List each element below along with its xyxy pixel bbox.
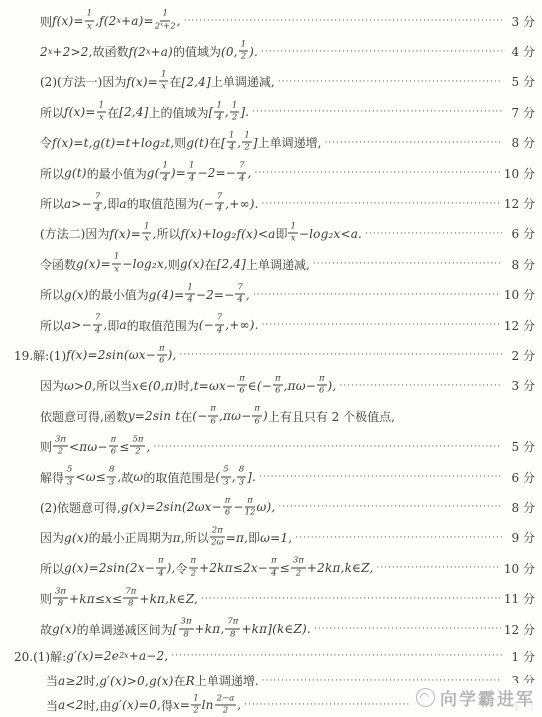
cjk-text: 的取值范围为 bbox=[127, 195, 199, 212]
math-text: ∈(− bbox=[248, 379, 272, 393]
fraction-denominator: x bbox=[291, 234, 296, 244]
fraction-numerator: π bbox=[252, 405, 262, 416]
fraction: 12 bbox=[230, 101, 239, 123]
fraction: π6 bbox=[157, 344, 167, 366]
fraction: 1x bbox=[97, 101, 106, 123]
line-content: 解得53<ω≤83,故 ω 的取值范围是(53,83]. bbox=[40, 466, 256, 488]
math-text: [ bbox=[209, 105, 214, 119]
math-text: f(x)=t,g(t)=t+log₂t, bbox=[52, 136, 174, 150]
solution-line: (方法二)因为 f(x)=1x,所以 f(x)+log₂f(x)<a 即1x−l… bbox=[0, 219, 535, 249]
score-label: 10 分 bbox=[504, 286, 535, 303]
math-text: a≥2 bbox=[58, 674, 83, 688]
math-text: −log₂x, bbox=[122, 257, 168, 271]
fraction: 1x bbox=[85, 10, 94, 32]
fraction: 83 bbox=[237, 466, 246, 488]
solution-line: 解得53<ω≤83,故 ω 的取值范围是(53,83].············… bbox=[0, 462, 535, 492]
math-text: f(x)=2sin(ωx− bbox=[66, 348, 156, 362]
fraction-denominator: 2 bbox=[58, 447, 63, 457]
cjk-text: 所以 bbox=[185, 529, 209, 546]
solution-line: 所以 a>−74,即 a 的取值范围为(−74,+∞).············… bbox=[0, 188, 535, 218]
dot-leader: ········································… bbox=[184, 16, 502, 26]
fraction-denominator: 4 bbox=[187, 295, 192, 305]
math-text: g(t) bbox=[186, 136, 209, 150]
fraction-numerator: 1 bbox=[160, 10, 169, 21]
math-text: (0, bbox=[221, 45, 238, 59]
math-text: ≤ bbox=[119, 440, 129, 454]
fraction-numerator: 1 bbox=[230, 101, 239, 112]
fraction-denominator: 2ω bbox=[211, 538, 223, 548]
solution-line: 故 g(x)的单调递减区间为[3π8+kπ,7π8+kπ](k∈Z).·····… bbox=[0, 614, 535, 644]
fraction-numerator: 1 bbox=[159, 71, 168, 82]
cjk-text: 上单调递增, bbox=[258, 134, 322, 151]
math-text: a<2 bbox=[58, 698, 83, 712]
fraction-numerator: 1 bbox=[191, 694, 200, 705]
cjk-text: 时, bbox=[178, 377, 194, 394]
fraction-denominator: 2 bbox=[193, 705, 198, 715]
cjk-text: 故函数 bbox=[93, 43, 129, 60]
cjk-text: (2)依题意可得, bbox=[40, 499, 121, 516]
cjk-text: 上单调递减, bbox=[246, 256, 310, 273]
score-label: 6 分 bbox=[505, 469, 535, 486]
fraction: 14 bbox=[214, 101, 223, 123]
fraction: 3π8 bbox=[53, 587, 68, 609]
math-text: g′(x)=0, bbox=[111, 698, 161, 712]
line-content: 令 f(x)=t,g(t)=t+log₂t,则 g(t)在[14,12]上单调递… bbox=[40, 132, 321, 154]
math-text: a>− bbox=[64, 318, 92, 332]
solution-line: 所以 g(x)的最小值为 g(4)=14−2=−74,·············… bbox=[0, 280, 535, 310]
math-text: ω=1, bbox=[260, 531, 292, 545]
line-content: 20.(1)解:g′(x)=2e2x+a−2, bbox=[14, 648, 168, 665]
fraction-numerator: 1 bbox=[185, 283, 194, 294]
math-text: g(x) bbox=[64, 288, 89, 302]
score-label: 3 分 bbox=[505, 13, 535, 30]
math-text: ,+∞). bbox=[225, 197, 258, 211]
fraction-denominator: 3 bbox=[239, 477, 244, 487]
math-text: g( bbox=[147, 166, 160, 180]
math-text: a>− bbox=[64, 197, 92, 211]
fraction: π6 bbox=[252, 405, 262, 427]
line-content: 所以 a>−74,即 a 的取值范围为(−74,+∞). bbox=[40, 314, 259, 336]
math-text: +a)= bbox=[121, 14, 154, 28]
fraction: 74 bbox=[237, 162, 246, 184]
fraction-numerator: 1 bbox=[288, 223, 297, 234]
math-text: f(x)+log₂f(x)<a bbox=[180, 227, 275, 241]
cjk-text: (方法二)因为 bbox=[40, 225, 109, 242]
math-text: y=2sin t bbox=[128, 409, 180, 423]
fraction-denominator: 4 bbox=[229, 143, 234, 153]
solution-line: 所以 g(x)=2sin(2x−π4),令π2+2kπ≤2x−π4≤3π2+2k… bbox=[0, 553, 535, 583]
fraction-numerator: 1 bbox=[227, 131, 236, 142]
math-text: g(x)=2sin(2x− bbox=[64, 561, 155, 575]
line-content: 则3π2<πω−π6≤5π2, bbox=[40, 436, 150, 458]
math-text: ), bbox=[167, 561, 176, 575]
math-text: ), bbox=[168, 348, 177, 362]
math-text: +kπ](k∈Z). bbox=[241, 622, 311, 636]
math-text: +kπ≤x≤ bbox=[69, 592, 122, 606]
dot-leader: ········································… bbox=[171, 651, 502, 661]
solutions-document: 则 f(x)=1x,f(2x+a)=12ˣ+2,················… bbox=[0, 0, 542, 717]
cjk-text: 上单调递减, bbox=[211, 73, 275, 90]
line-content: 所以 a>−74,即 a 的取值范围为(−74,+∞). bbox=[40, 193, 259, 215]
fraction: 74 bbox=[93, 192, 102, 214]
math-text: − bbox=[233, 500, 243, 514]
math-text: −log₂x<a. bbox=[299, 227, 362, 241]
fraction: 2π2ω bbox=[210, 526, 225, 548]
dot-leader: ········································… bbox=[278, 502, 502, 512]
math-text: [2,4] bbox=[217, 257, 246, 271]
cjk-text: 令 bbox=[175, 560, 187, 577]
fraction: 53 bbox=[65, 466, 74, 488]
fraction-numerator: 1 bbox=[242, 131, 251, 142]
math-text: +2>2, bbox=[52, 45, 92, 59]
solution-line: 依题意可得,函数 y=2sin t 在(−π6,πω−π6)上有且只有 2 个极… bbox=[0, 401, 535, 431]
math-text: +kπ, bbox=[195, 622, 225, 636]
solution-line: 令函数 g(x)=1x−log₂x,则 g(x)在[2,4]上单调递减,····… bbox=[0, 249, 535, 279]
cjk-text: 则 bbox=[40, 438, 52, 455]
score-label: 8 分 bbox=[505, 499, 535, 516]
cjk-text: 所以当 bbox=[96, 377, 132, 394]
score-label: 12 分 bbox=[504, 621, 535, 638]
math-text: 2 bbox=[40, 45, 48, 59]
fraction-numerator: 1 bbox=[214, 101, 223, 112]
cjk-text: (2)(方法一)因为 bbox=[40, 73, 126, 90]
fraction-denominator: 6 bbox=[254, 416, 259, 426]
solution-line: 所以 a>−74,即 a 的取值范围为(−74,+∞).············… bbox=[0, 310, 535, 340]
line-content: 2x+2>2,故函数 f(2x+a)的值域为(0,12). bbox=[40, 41, 258, 63]
dot-leader: ········································… bbox=[252, 107, 502, 117]
cjk-text: 的值域为 bbox=[173, 43, 221, 60]
dot-leader: ········································… bbox=[365, 229, 502, 239]
cjk-text: 即 bbox=[107, 195, 119, 212]
fraction: 53 bbox=[221, 466, 230, 488]
cjk-text: 的取值范围是 bbox=[143, 469, 215, 486]
fraction-denominator: 8 bbox=[183, 629, 188, 639]
cjk-text: 在 bbox=[180, 408, 192, 425]
fraction-numerator: 7 bbox=[215, 314, 224, 325]
fraction-numerator: π bbox=[269, 557, 279, 568]
math-text: , bbox=[237, 136, 241, 150]
fraction-denominator: 4 bbox=[237, 295, 242, 305]
fraction-numerator: 1 bbox=[142, 223, 151, 234]
fraction-numerator: 1 bbox=[187, 162, 196, 173]
line-content: 所以 g(t)的最小值为 g(14)=14−2=−74, bbox=[40, 162, 252, 184]
dot-leader: ········································… bbox=[261, 47, 502, 57]
watermark-logo-icon bbox=[416, 688, 435, 707]
math-text: f(x)= bbox=[64, 105, 96, 119]
math-text: , bbox=[177, 14, 181, 28]
math-text: g(4)= bbox=[149, 288, 185, 302]
math-text: g(x) bbox=[52, 622, 77, 636]
math-text: (− bbox=[192, 409, 207, 423]
math-text: +2kπ≤2x− bbox=[199, 561, 268, 575]
dot-leader: ········································… bbox=[255, 168, 501, 178]
line-content: 则 f(x)=1x,f(2x+a)=12ˣ+2, bbox=[40, 10, 181, 32]
cjk-text: 在 bbox=[174, 672, 186, 689]
line-content: 当 a<2 时,由 g′(x)=0,得 x=12ln 2−a2, bbox=[46, 695, 241, 717]
cjk-text: 的最小值为 bbox=[87, 165, 147, 182]
math-text: <ω≤ bbox=[75, 470, 106, 484]
fraction: 1x bbox=[288, 223, 297, 245]
fraction: π6 bbox=[109, 435, 119, 457]
line-content: 所以 g(x)的最小值为 g(4)=14−2=−74, bbox=[40, 284, 250, 306]
cjk-text: 则 bbox=[40, 13, 52, 30]
math-text: g(x) bbox=[64, 531, 89, 545]
fraction: π6 bbox=[317, 375, 327, 397]
line-content: 19.解:(1)f(x)=2sin(ωx−π6), bbox=[14, 345, 177, 367]
math-text: g′(x)=2e bbox=[66, 649, 119, 663]
math-text: g(t) bbox=[64, 166, 87, 180]
fraction: π4 bbox=[269, 557, 279, 579]
math-text: , bbox=[237, 698, 241, 712]
math-text: [2,4] bbox=[181, 75, 210, 89]
math-text: , bbox=[246, 288, 250, 302]
fraction-denominator: 6 bbox=[111, 447, 116, 457]
dot-leader: ········································… bbox=[153, 442, 502, 452]
dot-leader: ········································… bbox=[278, 77, 502, 87]
fraction: 14 bbox=[160, 162, 169, 184]
solution-line: (2)(方法一)因为 f(x)=1x在[2,4]上单调递减,··········… bbox=[0, 67, 535, 97]
fraction-denominator: x bbox=[114, 264, 119, 274]
cjk-text: 当 bbox=[46, 672, 58, 689]
math-text: , bbox=[146, 440, 150, 454]
score-label: 7 分 bbox=[505, 104, 535, 121]
line-content: 当 a≥2 时,g′(x)>0,g(x)在 R 上单调递增. bbox=[46, 672, 259, 689]
cjk-text: 即 bbox=[275, 225, 287, 242]
fraction-denominator: 3 bbox=[109, 477, 114, 487]
solution-line: 20.(1)解:g′(x)=2e2x+a−2,·················… bbox=[0, 644, 535, 669]
math-text: ,f(2 bbox=[95, 14, 116, 28]
fraction-denominator: 4 bbox=[189, 173, 194, 183]
fraction: π6 bbox=[273, 375, 283, 397]
math-text: a bbox=[119, 197, 126, 211]
solution-line: 则 f(x)=1x,f(2x+a)=12ˣ+2,················… bbox=[0, 6, 535, 36]
cjk-text: 所以 bbox=[40, 195, 64, 212]
score-label: 2 分 bbox=[505, 347, 535, 364]
math-text: (− bbox=[199, 318, 214, 332]
fraction-numerator: 1 bbox=[97, 101, 106, 112]
fraction-numerator: π bbox=[245, 496, 255, 507]
fraction: 12 bbox=[242, 131, 251, 153]
fraction-numerator: π bbox=[273, 375, 283, 386]
math-text: [ bbox=[221, 136, 226, 150]
dot-leader: ········································… bbox=[259, 472, 502, 482]
cjk-text: 即 bbox=[248, 529, 260, 546]
cjk-text: 在 bbox=[209, 134, 221, 151]
math-text: +kπ,k∈Z, bbox=[139, 592, 198, 606]
cjk-text: 当 bbox=[46, 697, 58, 714]
score-label: 8 分 bbox=[505, 256, 535, 273]
watermark-text: 向学霸进军 bbox=[440, 685, 535, 710]
fraction: 12 bbox=[191, 694, 200, 716]
math-text: ,πω− bbox=[284, 379, 316, 393]
fraction-denominator: 8 bbox=[230, 629, 235, 639]
fraction: 3π8 bbox=[179, 618, 194, 640]
fraction-denominator: 4 bbox=[162, 173, 167, 183]
dot-leader: ········································… bbox=[339, 381, 502, 391]
dot-leader: ········································… bbox=[295, 533, 502, 543]
math-text: t=ωx− bbox=[194, 379, 236, 393]
score-label: 8 分 bbox=[505, 134, 535, 151]
math-text: f(x)= bbox=[126, 75, 158, 89]
fraction: 74 bbox=[215, 192, 224, 214]
solution-line: 2x+2>2,故函数 f(2x+a)的值域为(0,12).···········… bbox=[0, 36, 535, 66]
math-text: g(x) bbox=[180, 257, 205, 271]
fraction-denominator: 2 bbox=[135, 447, 140, 457]
cjk-text: 上的值域为 bbox=[149, 104, 209, 121]
fraction-numerator: π bbox=[157, 344, 167, 355]
fraction-denominator: 3 bbox=[223, 477, 228, 487]
fraction-denominator: 2 bbox=[223, 705, 228, 715]
math-text: ≤ bbox=[280, 561, 290, 575]
fraction-denominator: 2 bbox=[191, 568, 196, 578]
math-text: f(2 bbox=[129, 45, 146, 59]
cjk-text: 解得 bbox=[40, 469, 64, 486]
cjk-text: 因为 bbox=[40, 529, 64, 546]
math-text: ( bbox=[215, 470, 220, 484]
fraction-denominator: 6 bbox=[225, 507, 230, 517]
dot-leader: ········································… bbox=[262, 320, 501, 330]
cjk-text: 得 bbox=[161, 697, 173, 714]
cjk-text: 上单调递增. bbox=[195, 672, 259, 689]
fraction-denominator: 2 bbox=[244, 143, 249, 153]
fraction: 12ˣ+2 bbox=[155, 10, 176, 32]
cjk-text: 上有且只有 2 个极值点, bbox=[268, 408, 395, 425]
fraction: 74 bbox=[235, 283, 244, 305]
score-label: 1 分 bbox=[505, 648, 535, 665]
fraction-denominator: 4 bbox=[271, 568, 276, 578]
fraction-denominator: 6 bbox=[239, 386, 244, 396]
fraction-denominator: 4 bbox=[158, 568, 163, 578]
solution-line: 所以 f(x)=1x在[2,4]上的值域为[14,12].···········… bbox=[0, 97, 535, 127]
fraction-denominator: 6 bbox=[275, 386, 280, 396]
fraction-numerator: π bbox=[189, 557, 199, 568]
math-text: [ bbox=[173, 622, 178, 636]
math-text: ). bbox=[249, 45, 258, 59]
math-text: x∈(0,π) bbox=[132, 379, 178, 393]
cjk-text: 的取值范围为 bbox=[127, 317, 199, 334]
score-label: 9 分 bbox=[505, 529, 535, 546]
cjk-text: 所以 bbox=[40, 317, 64, 334]
fraction: 74 bbox=[93, 314, 102, 336]
fraction-denominator: 8 bbox=[58, 599, 63, 609]
cjk-text: 在 bbox=[205, 256, 217, 273]
cjk-text: 故 bbox=[121, 469, 133, 486]
fraction-numerator: π bbox=[237, 375, 247, 386]
cjk-text: 故 bbox=[40, 621, 52, 638]
fraction-denominator: 8 bbox=[128, 599, 133, 609]
math-text: ]. bbox=[247, 470, 256, 484]
fraction-numerator: 8 bbox=[237, 466, 246, 477]
line-content: 因为 ω>0,所以当 x∈(0,π)时,t=ωx−π6∈(−π6,πω−π6), bbox=[40, 375, 336, 397]
fraction: 83 bbox=[107, 466, 116, 488]
fraction-numerator: π bbox=[317, 375, 327, 386]
math-text: f(x)= bbox=[52, 14, 84, 28]
fraction-denominator: 6 bbox=[211, 416, 216, 426]
fraction: π4 bbox=[156, 557, 166, 579]
dot-leader: ········································… bbox=[180, 350, 502, 360]
math-text: +a−2, bbox=[129, 649, 169, 663]
line-content: 令函数 g(x)=1x−log₂x,则 g(x)在[2,4]上单调递减, bbox=[40, 253, 310, 275]
line-content: 依题意可得,函数 y=2sin t 在(−π6,πω−π6)上有且只有 2 个极… bbox=[40, 405, 395, 427]
solution-line: 因为 ω>0,所以当 x∈(0,π)时,t=ωx−π6∈(−π6,πω−π6),… bbox=[0, 371, 535, 401]
fraction-numerator: 8 bbox=[107, 466, 116, 477]
solution-line: 因为 g(x)的最小正周期为 π,所以2π2ω=π,即 ω=1,········… bbox=[0, 523, 535, 553]
fraction-denominator: 2ˣ+2 bbox=[155, 21, 176, 31]
fraction-denominator: 2 bbox=[296, 568, 301, 578]
fraction-numerator: 5 bbox=[65, 466, 74, 477]
score-label: 5 分 bbox=[505, 73, 535, 90]
math-text: [2,4] bbox=[119, 105, 148, 119]
math-text: π, bbox=[173, 531, 185, 545]
cjk-text: 在 bbox=[169, 73, 181, 90]
score-label: 10 分 bbox=[504, 165, 535, 182]
fraction-numerator: 7 bbox=[235, 283, 244, 294]
cjk-text: 所以 bbox=[156, 225, 180, 242]
fraction: 14 bbox=[227, 131, 236, 153]
line-content: (方法二)因为 f(x)=1x,所以 f(x)+log₂f(x)<a 即1x−l… bbox=[40, 223, 362, 245]
math-text: ω), bbox=[256, 500, 275, 514]
fraction-denominator: 2 bbox=[232, 112, 237, 122]
math-text: f(x)= bbox=[109, 227, 141, 241]
fraction-numerator: 1 bbox=[112, 253, 121, 264]
fraction: π6 bbox=[208, 405, 218, 427]
solution-line: 则3π2<πω−π6≤5π2,·························… bbox=[0, 431, 535, 461]
fraction: 2−a2 bbox=[215, 694, 237, 716]
cjk-text: 则 bbox=[40, 590, 52, 607]
fraction-denominator: 4 bbox=[217, 204, 222, 214]
score-label: 5 分 bbox=[505, 438, 535, 455]
fraction-numerator: 5 bbox=[221, 466, 230, 477]
cjk-text: 即 bbox=[107, 317, 119, 334]
fraction-numerator: 1 bbox=[85, 10, 94, 21]
fraction-denominator: 6 bbox=[159, 355, 164, 365]
fraction-numerator: 7 bbox=[93, 192, 102, 203]
fraction: π12 bbox=[245, 496, 256, 518]
fraction-denominator: x bbox=[161, 82, 166, 92]
line-content: 所以 f(x)=1x在[2,4]上的值域为[14,12]. bbox=[40, 102, 249, 124]
math-text: +a) bbox=[150, 45, 173, 59]
math-text: g(x)= bbox=[76, 257, 111, 271]
cjk-text: 在 bbox=[107, 104, 119, 121]
math-text: −2=− bbox=[197, 166, 236, 180]
fraction: 12 bbox=[239, 40, 248, 62]
dot-leader: ········································… bbox=[314, 624, 501, 634]
cjk-text: 的最小值为 bbox=[89, 286, 149, 303]
fraction-denominator: 4 bbox=[216, 112, 221, 122]
math-text: (− bbox=[199, 197, 214, 211]
fraction: 5π2 bbox=[130, 435, 145, 457]
cjk-text: 时,由 bbox=[83, 697, 111, 714]
fraction-numerator: 7 bbox=[93, 314, 102, 325]
fraction-denominator: x bbox=[87, 21, 92, 31]
math-text: a bbox=[119, 318, 126, 332]
fraction-denominator: 12 bbox=[245, 507, 256, 517]
fraction-denominator: 6 bbox=[319, 386, 324, 396]
cjk-text: 所以 bbox=[40, 104, 64, 121]
line-content: 因为 g(x)的最小正周期为 π,所以2π2ω=π,即 ω=1, bbox=[40, 527, 292, 549]
fraction-numerator: 5π bbox=[130, 435, 145, 446]
line-content: (2)(方法一)因为 f(x)=1x在[2,4]上单调递减, bbox=[40, 71, 275, 93]
fraction: 74 bbox=[215, 314, 224, 336]
fraction: 14 bbox=[185, 283, 194, 305]
fraction-numerator: 1 bbox=[160, 162, 169, 173]
cjk-text: 所以 bbox=[40, 165, 64, 182]
math-text: ω bbox=[133, 470, 143, 484]
fraction: π2 bbox=[189, 557, 199, 579]
math-text: g(x)=2sin(2ωx− bbox=[121, 500, 222, 514]
score-label: 6 分 bbox=[505, 225, 535, 242]
fraction-denominator: 2 bbox=[241, 52, 246, 62]
